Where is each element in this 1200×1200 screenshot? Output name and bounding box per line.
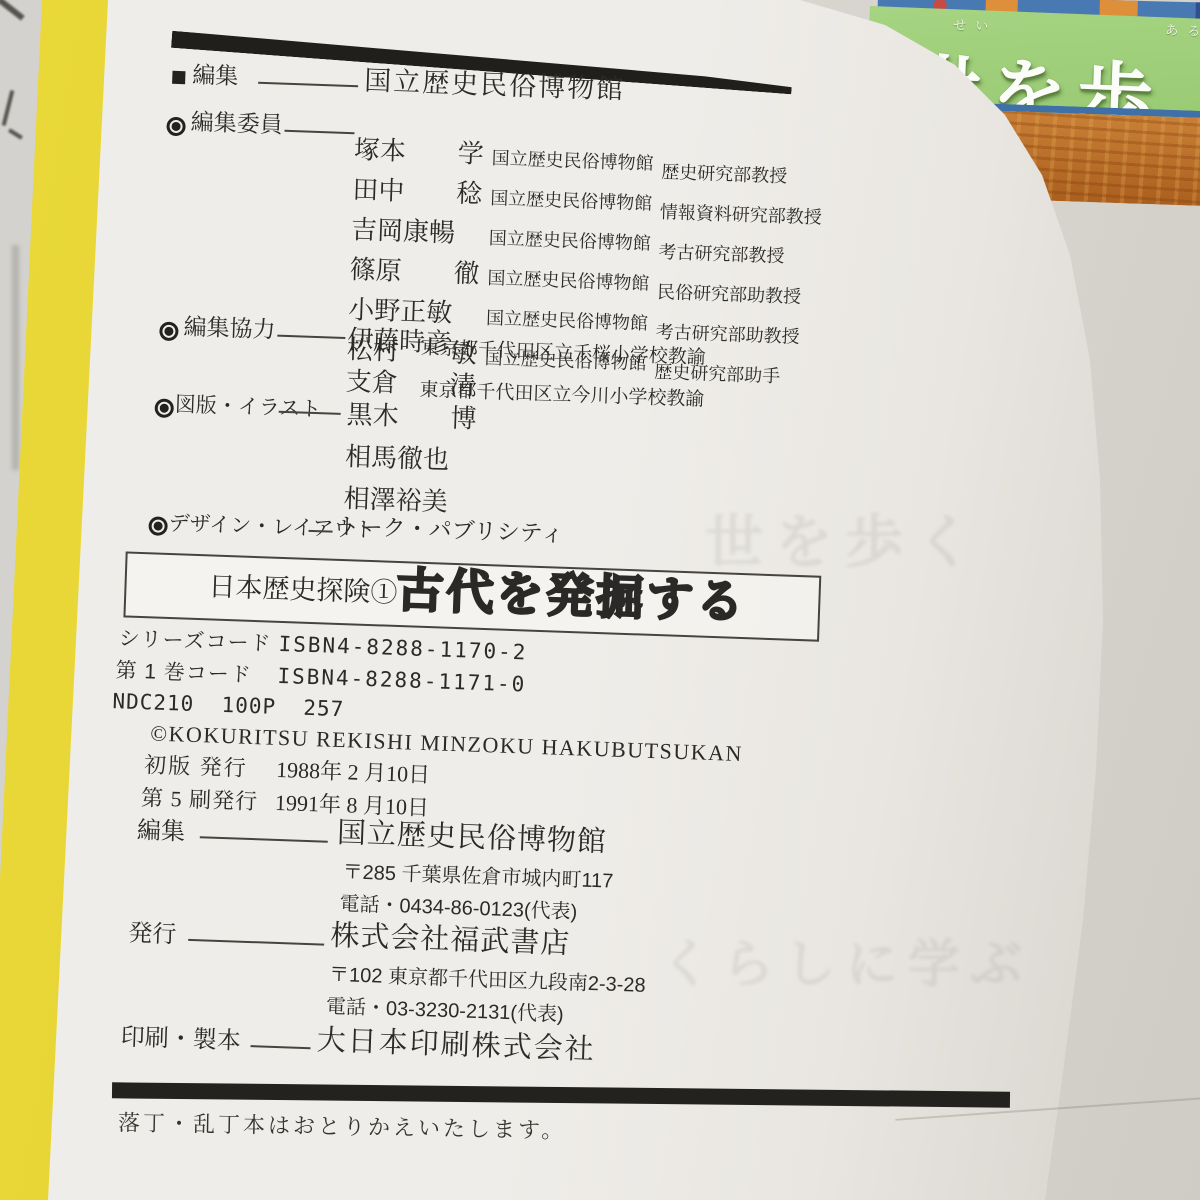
committee-label: 編集委員 <box>190 109 283 139</box>
first-edition-date: 1988年 2 月10日 <box>276 757 431 788</box>
volume-code-label: 第 1 巻コード <box>115 659 252 688</box>
edit-label: 編集 <box>192 63 239 91</box>
member-org: 国立歴史民俗博物館 <box>486 308 649 334</box>
member-name: 篠原 徹 <box>349 255 480 289</box>
leader-rule <box>250 1045 310 1049</box>
edge-mark <box>0 0 25 21</box>
member-title: 考古研究部教授 <box>658 242 785 267</box>
member-title: 民俗研究部助教授 <box>657 282 802 308</box>
imprint-printer-label: 印刷・製本 <box>120 1025 241 1057</box>
ring-bullet <box>148 516 168 536</box>
member-org: 国立歴史民俗博物館 <box>489 228 652 254</box>
book-title-box: 日本歴史探険① 古代を発掘する <box>123 551 821 641</box>
member-name: 相馬徹也 <box>345 442 450 476</box>
cooperation-label: 編集協力 <box>183 314 276 344</box>
series-code-label: シリーズコード <box>118 627 272 656</box>
member-title: 歴史研究部教授 <box>661 162 788 187</box>
leader-rule <box>277 335 345 339</box>
illustration-label: 図版・イラスト <box>174 392 321 421</box>
imprint-editor-phone: 電話・0434-86-0123(代表) <box>339 893 578 924</box>
square-bullet <box>172 71 185 84</box>
ring-bullet <box>166 117 186 137</box>
leader-rule <box>258 82 358 87</box>
leader-rule <box>284 130 354 134</box>
edge-mark <box>2 90 15 126</box>
photo-of-book-colophon: せい ある 世を歩 世を歩く くらしに学ぶ 編集 国立歴史民俗博物館 編集委員 … <box>0 0 1200 1200</box>
member-name: 塚本 学 <box>353 135 484 169</box>
imprint-editor-name: 国立歴史民俗博物館 <box>336 817 607 860</box>
edge-mark <box>8 128 23 139</box>
fifth-printing-label: 第 5 刷発行 <box>141 785 259 814</box>
member-title: 情報資料研究部教授 <box>660 202 823 228</box>
ndc-code: NDC210 100P 257 <box>112 689 345 721</box>
member-org: 国立歴史民俗博物館 <box>491 148 654 174</box>
member-title: 考古研究部助教授 <box>655 322 800 348</box>
ring-bullet <box>159 322 179 342</box>
leader-rule <box>188 939 324 946</box>
imprint-publisher-address: 〒102 東京都千代田区九段南2-3-28 <box>329 964 646 998</box>
member-org: 国立歴史民俗博物館 <box>490 188 653 214</box>
fifth-printing-date: 1991年 8 月10日 <box>275 790 430 821</box>
member-name: 田中 稔 <box>352 175 483 209</box>
imprint-editor-label: 編集 <box>136 818 185 847</box>
book-title: 古代を発掘する <box>396 563 748 629</box>
leader-rule <box>200 836 328 842</box>
imprint-editor-address: 〒285 千葉県佐倉市城内町117 <box>342 861 613 893</box>
imprint-publisher-phone: 電話・03-3230-2131(代表) <box>326 996 565 1027</box>
series-code-value: ISBN4-8288-1170-2 <box>278 632 528 665</box>
series-name: 日本歴史探険① <box>208 571 398 609</box>
member-name: 吉岡康暢 <box>351 215 456 249</box>
member-name: 相澤裕美 <box>343 484 448 518</box>
colophon-content: 編集 国立歴史民俗博物館 編集委員 塚本 学 国立歴史民俗博物館 歴史研究部教授… <box>113 28 1090 1130</box>
ring-bullet <box>154 398 174 418</box>
imprint-publisher-label: 発行 <box>128 921 177 950</box>
first-edition-label: 初版 発行 <box>144 752 248 781</box>
member-name: 黒木 博 <box>346 400 477 434</box>
volume-code-value: ISBN4-8288-1171-0 <box>277 664 527 697</box>
cover-furigana-aru: ある <box>1165 19 1200 40</box>
imprint-publisher-name: 株式会社福武書店 <box>330 920 571 962</box>
imprint-printer-name: 大日本印刷株式会社 <box>316 1024 596 1067</box>
design-value: トーク・パブリシティ <box>336 514 564 548</box>
member-org: 国立歴史民俗博物館 <box>487 268 650 294</box>
member-name: 小野正敏 <box>348 295 453 329</box>
edge-faint-text <box>12 245 19 470</box>
